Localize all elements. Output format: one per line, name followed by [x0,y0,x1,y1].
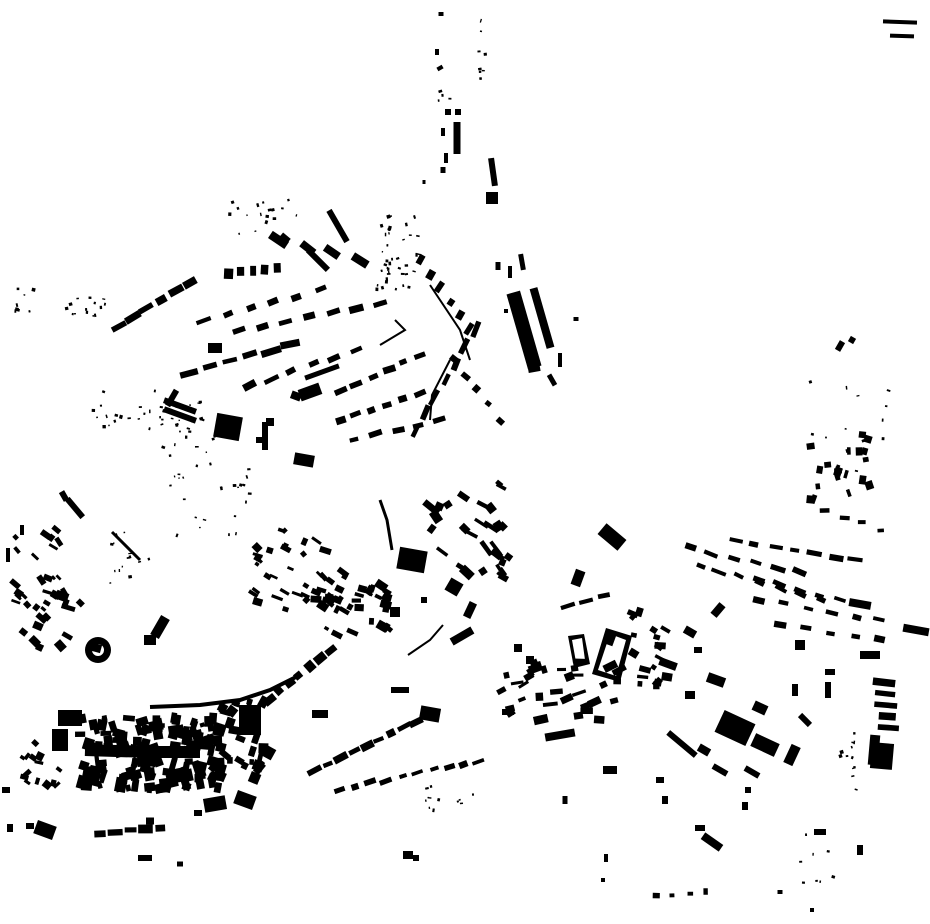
building [127,417,130,419]
building [185,436,187,439]
building [480,19,482,23]
building [383,263,387,266]
linear-feature [85,750,200,752]
building [742,802,748,810]
building [386,277,389,281]
building [488,158,498,187]
building [535,692,543,701]
building [438,99,440,102]
building [392,426,405,434]
building [122,566,124,568]
building [239,483,243,487]
building [242,349,258,359]
building [169,484,172,486]
building [105,415,107,419]
building [826,631,835,637]
building [323,244,341,260]
building [375,288,378,292]
building [526,656,534,664]
building [293,452,315,467]
building [450,627,475,646]
building [734,572,745,580]
building [182,476,184,479]
building [405,264,409,267]
building [119,415,123,419]
building [774,621,787,629]
building [421,597,427,603]
building [729,537,743,544]
building [69,302,73,306]
building [20,525,24,535]
building [386,244,388,247]
building [416,235,420,237]
building [574,317,579,321]
building [303,311,316,321]
building [102,298,105,300]
building [183,726,189,735]
building [123,532,125,534]
building [65,497,85,519]
building [246,475,249,479]
building [703,549,718,558]
building [662,796,668,804]
building [810,908,814,912]
building [203,795,227,813]
building [890,34,914,39]
building [409,234,412,236]
building [496,262,501,270]
building [224,268,234,279]
building [113,420,116,423]
building [168,284,185,298]
building [650,664,657,671]
building [195,464,198,467]
building [685,691,695,699]
building [438,90,442,94]
building [502,709,514,715]
building [809,380,813,384]
building [696,562,706,569]
building [770,564,786,574]
building [351,783,360,791]
building [199,722,205,727]
building [496,417,506,426]
building [228,533,230,536]
building [360,739,375,752]
building [287,566,294,571]
building [407,286,410,289]
building [250,266,256,276]
building [829,554,844,563]
building [377,284,379,287]
building [792,684,798,696]
building [831,875,835,879]
building [599,680,608,689]
building [146,818,154,825]
building [503,672,510,679]
building [174,443,176,446]
building [685,542,698,551]
building [653,893,660,899]
building [92,409,95,412]
building [508,266,512,278]
building [887,389,891,392]
building [399,358,408,366]
building [444,153,448,163]
building [195,446,199,448]
building [231,200,235,204]
building [859,475,867,485]
building [179,368,198,379]
building [52,729,68,751]
building [402,284,404,287]
building [195,767,205,780]
building [711,567,727,576]
building [268,208,272,211]
building [441,128,445,136]
linear-features [85,285,470,752]
building [138,825,153,834]
building [102,390,106,393]
building [209,713,218,725]
building [93,302,96,305]
building [573,712,583,720]
building [252,597,263,607]
building [222,357,237,365]
building [385,233,386,237]
building [6,548,10,562]
building [533,714,549,725]
building [414,351,426,360]
building [545,728,576,741]
building [35,777,41,785]
building [604,854,608,862]
building [119,569,120,572]
building [148,427,150,430]
linear-feature [380,320,405,345]
building [199,401,202,404]
building [42,589,52,595]
building [783,744,801,766]
building [303,660,317,674]
building [138,561,141,563]
building [547,374,557,387]
building [96,417,98,419]
building [7,824,13,832]
building [65,307,69,311]
building [654,642,666,650]
building [265,215,269,218]
building [851,775,854,777]
building [486,192,498,204]
building [811,433,814,436]
building [445,109,451,115]
building [124,310,142,325]
building [457,800,460,802]
building [802,881,805,883]
building [472,793,474,795]
building [319,546,332,555]
building [395,288,397,291]
building [369,618,374,625]
building [189,404,191,406]
building [728,555,741,563]
building [571,665,579,672]
building [55,574,61,580]
building [159,416,161,418]
building [177,862,183,867]
building [843,470,849,479]
building [278,318,292,326]
building [264,374,280,385]
building [745,787,751,793]
building [54,639,67,652]
building [460,803,463,805]
building [799,861,802,863]
building [308,359,319,368]
building [48,543,58,550]
building [114,414,118,417]
building [839,750,844,754]
building [381,286,384,290]
building [382,605,390,613]
building [256,203,259,207]
building [637,675,648,680]
building [264,220,268,224]
building [403,851,413,859]
building [851,634,860,640]
building [109,582,111,584]
building [13,546,21,554]
building [649,626,658,635]
building [391,258,393,261]
building [853,732,855,734]
building [454,122,461,154]
building [639,665,652,674]
building [238,233,240,235]
building [628,648,640,659]
building [710,602,725,618]
building [550,688,563,694]
building [560,602,575,611]
building [235,734,246,743]
building [447,298,456,307]
building [306,764,322,776]
building [479,70,481,73]
building [348,746,361,756]
building [247,468,250,470]
building [428,797,432,799]
building [23,294,25,296]
building [463,601,477,619]
building [237,267,244,276]
building [298,383,323,402]
building [245,501,247,504]
building [260,265,268,275]
building [58,710,82,726]
building [703,888,707,895]
building [792,566,807,577]
building [712,763,729,776]
building [212,437,215,440]
building [185,758,193,765]
building [482,70,485,72]
building [573,659,586,664]
building [798,713,812,727]
building [846,489,852,497]
building [346,628,358,637]
building [432,415,446,424]
building [138,418,141,420]
building [266,547,274,555]
building [852,613,862,621]
building [169,454,172,457]
building [175,423,179,426]
building [778,600,788,606]
building [637,681,642,687]
building [368,429,383,439]
building [331,630,343,640]
building [598,592,611,599]
building [834,596,846,603]
building [51,525,61,535]
building [444,577,463,596]
building [256,437,268,443]
building [439,12,444,16]
building [267,297,279,307]
building [123,715,135,722]
building [804,606,814,612]
building [800,624,812,630]
building [327,353,341,363]
linear-feature [380,500,392,550]
building [43,599,51,606]
building [598,523,627,550]
building [653,634,661,641]
building [368,373,379,382]
building [430,766,439,772]
building [235,532,237,535]
building [658,657,678,671]
building [715,710,756,746]
building [349,379,363,389]
building [208,343,222,353]
building [455,109,461,115]
building [171,714,181,726]
building [262,201,264,204]
building [114,570,116,572]
building [311,536,322,545]
building [128,575,132,579]
building [334,386,348,396]
building [430,785,433,788]
building [872,677,895,687]
building [325,594,334,602]
building [334,786,346,794]
building [263,572,272,580]
building [9,578,21,589]
building [290,293,301,303]
building [594,716,605,724]
building [814,829,826,835]
building [31,553,39,561]
building [688,892,694,896]
building [159,780,164,786]
building [827,850,830,853]
building [744,765,761,778]
building [848,336,856,344]
building [248,492,252,495]
building [882,437,885,440]
building [373,736,384,744]
building [413,215,416,219]
building [459,799,461,801]
building [374,594,382,601]
building [302,582,309,589]
building [242,379,257,392]
building [194,810,202,816]
building [695,825,705,831]
building [40,606,46,612]
building [228,212,231,216]
building [2,787,10,793]
building [437,798,440,801]
building [160,423,163,425]
building [444,763,456,771]
building [72,313,74,315]
building [883,19,917,24]
building [382,251,384,253]
building [806,549,822,557]
building [363,777,376,786]
building [28,310,30,313]
building [399,773,407,779]
building [354,604,364,611]
building [209,462,212,465]
building [149,410,151,414]
building [455,309,466,320]
building [432,808,435,812]
building [251,542,262,553]
building [385,728,396,738]
building [161,445,165,449]
building [16,308,20,311]
building [287,199,290,202]
building [413,855,419,861]
building [326,307,340,316]
building [557,668,566,671]
building [903,624,930,636]
building [326,209,349,243]
building [278,527,285,532]
building [174,475,176,477]
building [825,436,827,438]
building [610,697,619,704]
building [138,302,154,314]
building [875,690,896,698]
building [271,594,283,601]
building [175,533,178,537]
building [182,276,198,289]
building [256,322,269,332]
building [874,701,897,709]
building [300,550,307,557]
building [262,422,268,450]
building [579,598,594,605]
building [382,401,393,409]
building [435,49,439,55]
building [458,760,468,769]
